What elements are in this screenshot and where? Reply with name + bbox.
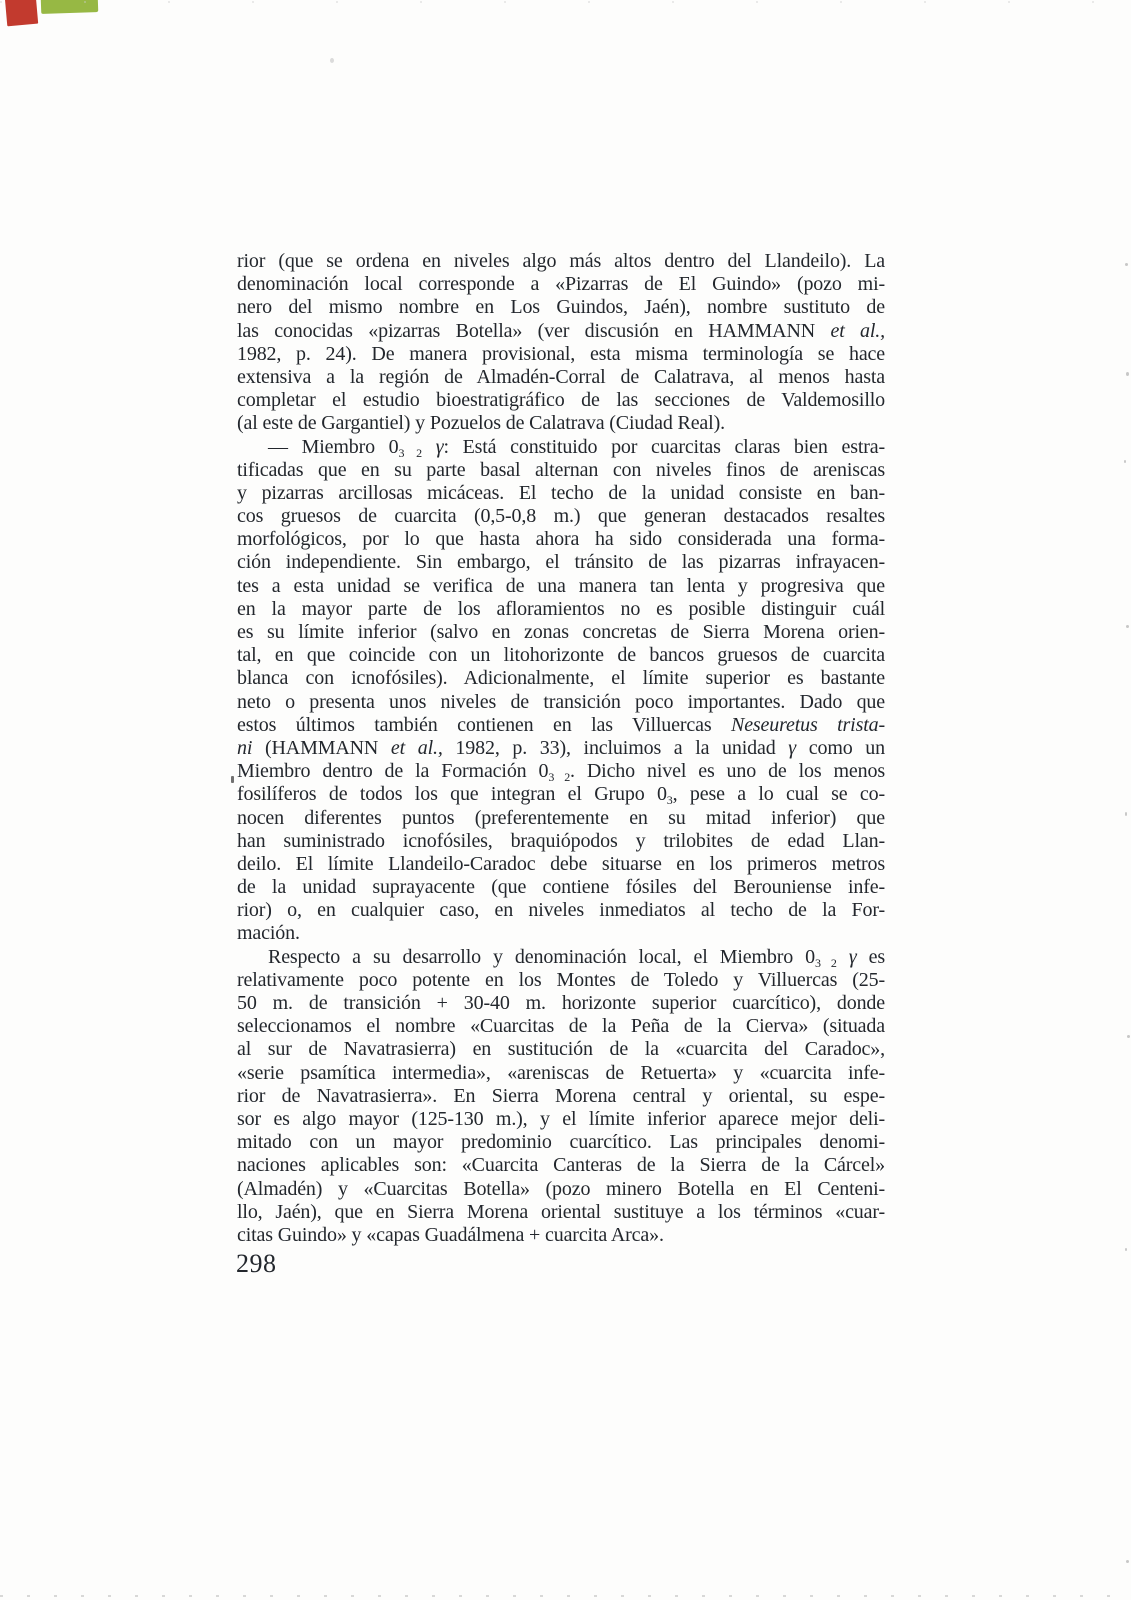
text-line: (al este de Gargantiel) y Pozuelos de Ca… (237, 412, 885, 435)
text-line: citas Guindo» y «capas Guadálmena + cuar… (237, 1224, 885, 1247)
text-line: sor es algo mayor (125-130 m.), y el lím… (237, 1108, 885, 1131)
text-line: tal, en que coincide con un litohorizont… (237, 644, 885, 667)
text-line: naciones aplicables son: «Cuarcita Cante… (237, 1154, 885, 1177)
text-line: cos gruesos de cuarcita (0,5-0,8 m.) que… (237, 505, 885, 528)
text-line: neto o presenta unos niveles de transici… (237, 691, 885, 714)
text-line: es su límite inferior (salvo en zonas co… (237, 621, 885, 644)
text-line: morfológicos, por lo que hasta ahora ha … (237, 528, 885, 551)
text-line: tes a esta unidad se verifica de una man… (237, 575, 885, 598)
scanned-page: rior (que se ordena en niveles algo más … (0, 0, 1131, 1600)
scan-speck (1125, 263, 1128, 266)
scan-speck (1127, 1035, 1130, 1038)
text-line: completar el estudio bioestratigráfico d… (237, 389, 885, 412)
text-line: llo, Jaén), que en Sierra Morena orienta… (237, 1201, 885, 1224)
scan-speck (231, 776, 234, 783)
text-line: «serie psamítica intermedia», «areniscas… (237, 1062, 885, 1085)
scan-speck (1125, 812, 1127, 816)
text-line: mitado con un mayor predominio cuarcític… (237, 1131, 885, 1154)
text-line: rior de Navatrasierra». En Sierra Morena… (237, 1085, 885, 1108)
body-text: rior (que se ordena en niveles algo más … (237, 250, 885, 1247)
text-line: al sur de Navatrasierra) en sustitución … (237, 1038, 885, 1061)
text-line: ción independiente. Sin embargo, el trán… (237, 551, 885, 574)
text-line: nero del mismo nombre en Los Guindos, Ja… (237, 296, 885, 319)
scan-edge-top (0, 1, 1131, 3)
text-line: denominación local corresponde a «Pizarr… (237, 273, 885, 296)
text-line: blanca con icnofósiles). Adicionalmente,… (237, 667, 885, 690)
scan-speck (330, 58, 334, 63)
text-line: extensiva a la región de Almadén-Corral … (237, 366, 885, 389)
text-line: — Miembro 03 2 γ: Está constituido por c… (237, 436, 885, 459)
text-line: Respecto a su desarrollo y denominación … (237, 946, 885, 969)
text-line: han suministrado icnofósiles, braquiópod… (237, 830, 885, 853)
text-line: de la unidad suprayacente (que contiene … (237, 876, 885, 899)
text-line: en la mayor parte de los afloramientos n… (237, 598, 885, 621)
text-line: estos últimos también contienen en las V… (237, 714, 885, 737)
text-line: rior) o, en cualquier caso, en niveles i… (237, 899, 885, 922)
scan-speck (1124, 460, 1126, 463)
text-line: y pizarras arcillosas micáceas. El techo… (237, 482, 885, 505)
text-line: fosilíferos de todos los que integran el… (237, 783, 885, 806)
scan-speck (1126, 1560, 1129, 1563)
text-line: (Almadén) y «Cuarcitas Botella» (pozo mi… (237, 1178, 885, 1201)
text-line: tificadas que en su parte basal alternan… (237, 459, 885, 482)
text-line: rior (que se ordena en niveles algo más … (237, 250, 885, 273)
text-line: mación. (237, 922, 885, 945)
text-line: las conocidas «pizarras Botella» (ver di… (237, 320, 885, 343)
text-line: Miembro dentro de la Formación 03 2. Dic… (237, 760, 885, 783)
scan-speck (1125, 1248, 1127, 1251)
text-line: relativamente poco potente en los Montes… (237, 969, 885, 992)
text-line: deilo. El límite Llandeilo-Caradoc debe … (237, 853, 885, 876)
scan-speck (1126, 625, 1129, 628)
text-line: nocen diferentes puntos (preferentemente… (237, 807, 885, 830)
scan-edge-bottom (0, 1595, 1131, 1597)
text-line: 1982, p. 24). De manera provisional, est… (237, 343, 885, 366)
text-line: seleccionamos el nombre «Cuarcitas de la… (237, 1015, 885, 1038)
scan-speck (1126, 372, 1129, 376)
scan-artifact-red-mark (5, 0, 38, 26)
page-number: 298 (236, 1251, 277, 1277)
text-line: ni (HAMMANN et al., 1982, p. 33), inclui… (237, 737, 885, 760)
text-line: 50 m. de transición + 30-40 m. horizonte… (237, 992, 885, 1015)
